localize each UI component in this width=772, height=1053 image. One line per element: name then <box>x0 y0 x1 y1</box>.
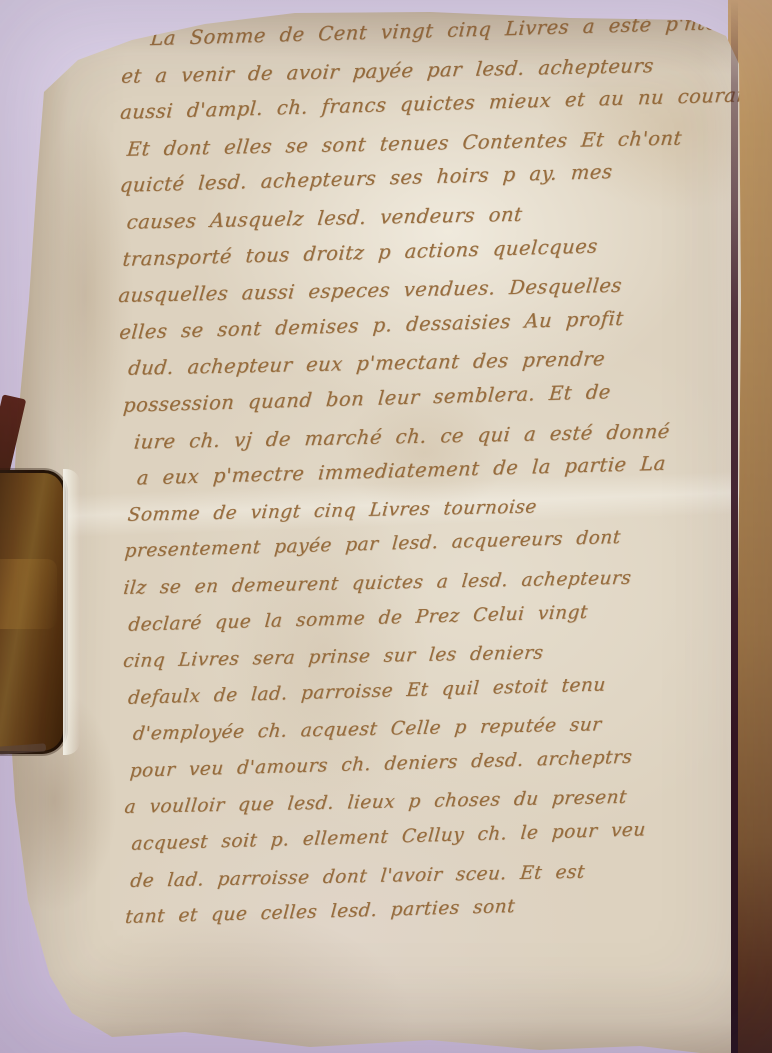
book-edge-shadow-line <box>731 0 738 1053</box>
handwritten-text-block: La Somme de Cent vingt cinq Livres a est… <box>112 7 755 936</box>
amber-glass-clasp <box>0 470 66 754</box>
manuscript-page: La Somme de Cent vingt cinq Livres a est… <box>0 0 772 1053</box>
manuscript-photo: La Somme de Cent vingt cinq Livres a est… <box>0 0 772 1053</box>
